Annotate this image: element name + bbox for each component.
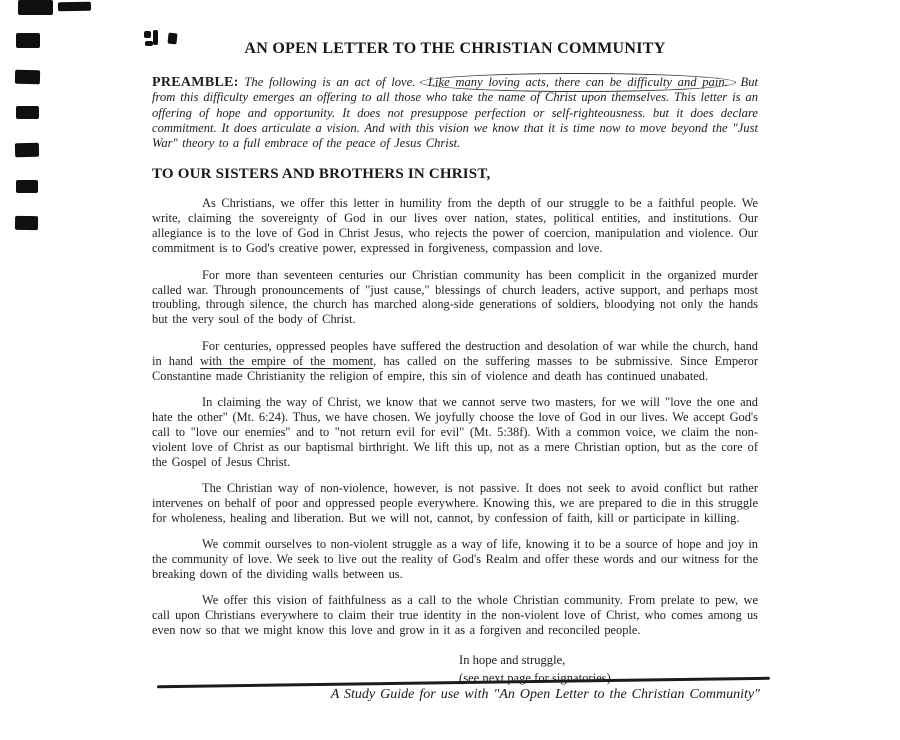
scan-mark: [144, 31, 151, 38]
scan-mark: [15, 216, 38, 230]
document-title: AN OPEN LETTER TO THE CHRISTIAN COMMUNIT…: [152, 40, 758, 58]
circled-phrase: Like many loving acts, there can be diff…: [420, 73, 736, 92]
scan-mark: [16, 180, 38, 193]
paragraph-1: As Christians, we offer this letter in h…: [152, 196, 758, 256]
preamble-intro: The following is an act of love.: [244, 75, 415, 89]
paragraph-7: We offer this vision of faithfulness as …: [152, 593, 758, 638]
paragraph-6: We commit ourselves to non-violent strug…: [152, 537, 758, 582]
underlined-phrase: with the empire of the moment: [200, 354, 373, 368]
scan-mark: [16, 106, 39, 119]
closing-line-1: In hope and struggle,: [459, 652, 758, 670]
document-page: AN OPEN LETTER TO THE CHRISTIAN COMMUNIT…: [152, 30, 758, 687]
paragraph-5: The Christian way of non-violence, howev…: [152, 481, 758, 526]
paragraph-2: For more than seventeen centuries our Ch…: [152, 268, 758, 328]
preamble-paragraph: PREAMBLE: The following is an act of lov…: [152, 75, 758, 151]
footer-caption: A Study Guide for use with "An Open Lett…: [150, 687, 760, 703]
scan-mark: [15, 70, 40, 85]
scan-mark: [58, 2, 91, 12]
scan-mark: [18, 0, 53, 15]
scan-mark: [15, 143, 39, 158]
paragraph-4: In claiming the way of Christ, we know t…: [152, 395, 758, 470]
preamble-label: PREAMBLE:: [152, 75, 239, 90]
scan-mark: [16, 33, 40, 48]
salutation: TO OUR SISTERS AND BROTHERS IN CHRIST,: [152, 166, 758, 183]
paragraph-3: For centuries, oppressed peoples have su…: [152, 339, 758, 384]
